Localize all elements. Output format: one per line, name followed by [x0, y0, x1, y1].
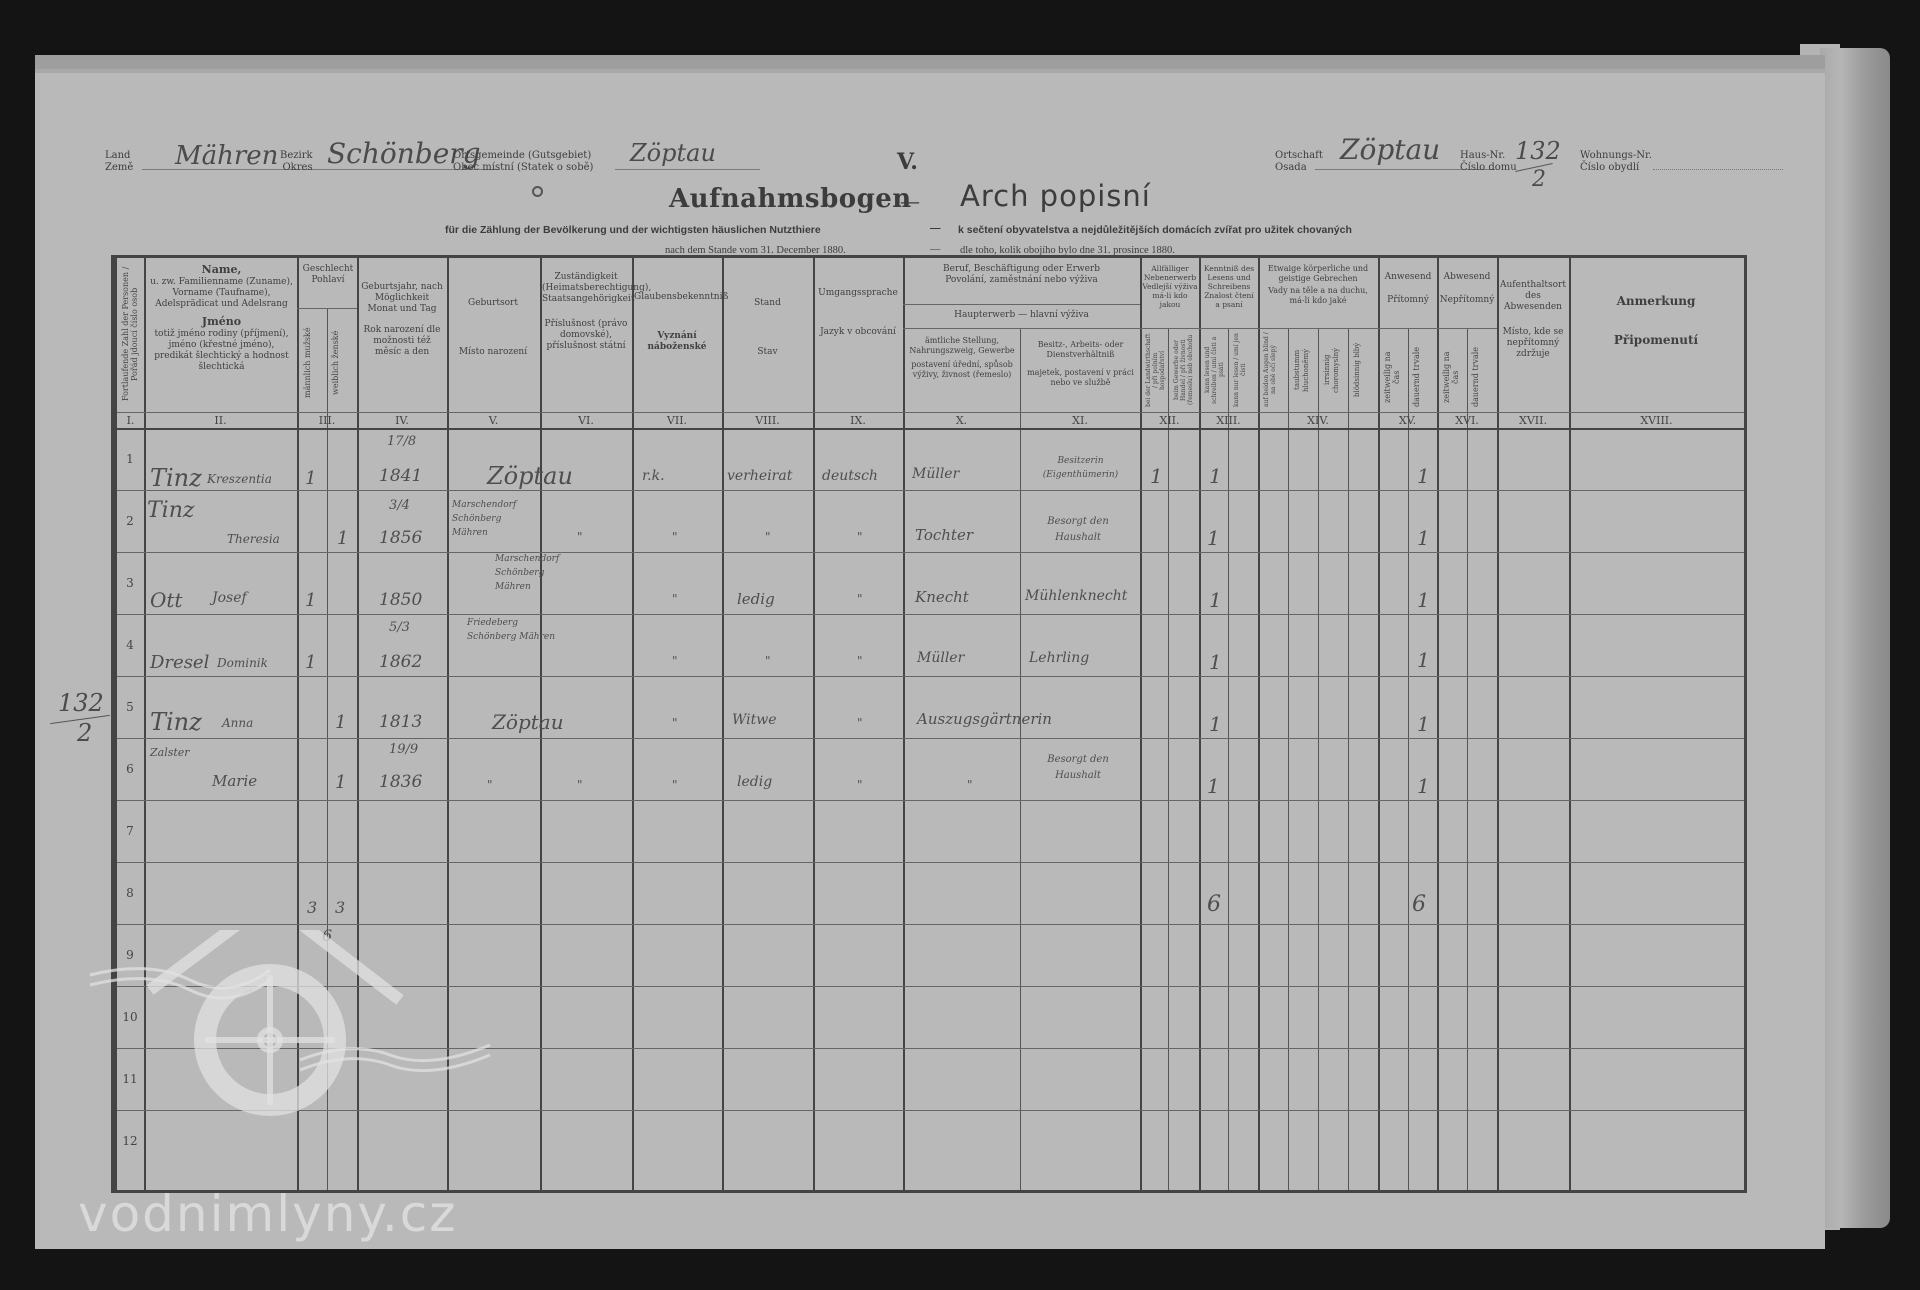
row6-xv: 1: [1417, 774, 1430, 798]
col-line: [1378, 258, 1380, 1190]
row2-language: ": [857, 530, 863, 544]
col-x-header: ämtliche Stellung, Nahrungszweig, Gewerb…: [905, 336, 1019, 380]
land-value: Mähren: [175, 141, 278, 171]
row2-position: Besorgt den Haushalt: [1023, 514, 1133, 546]
row6-position: Besorgt den Haushalt: [1023, 752, 1133, 784]
row1-xv: 1: [1417, 464, 1430, 488]
title-czech: Arch popisní: [960, 179, 1151, 213]
row1-birthplace: Zöptau: [487, 462, 573, 490]
col-xiii-header: Kenntniß des Lesens und SchreibensZnalos…: [1201, 264, 1257, 309]
land-label: LandZemě: [105, 150, 133, 174]
header-line: [117, 412, 1744, 413]
watermark-mill-icon: [70, 930, 530, 1160]
row6-birthplace: ": [487, 778, 493, 792]
col-xv-sub1: zeitweilig na čas: [1383, 346, 1405, 408]
row2-occupation: Tochter: [915, 526, 973, 544]
title-german: Aufnahmsbogen: [669, 184, 912, 214]
col-xvii-header: Aufenthaltsort des AbwesendenMísto, kde …: [1499, 280, 1567, 360]
row1-xiii: 1: [1209, 464, 1222, 488]
margin-note-top: 132: [58, 689, 104, 717]
col-line: [1497, 258, 1499, 1190]
haus-value: 132: [1515, 137, 1561, 165]
col-x-xi-group-header: Beruf, Beschäftigung oder ErwerbPovolání…: [905, 264, 1138, 286]
col-line: [1258, 258, 1260, 1190]
col-iv-header: Geburtsjahr, nach Möglichkeit Monat und …: [359, 282, 445, 358]
row3-occupation: Knecht: [915, 588, 969, 606]
row2-birthplace: Marschendorf Schönberg Mähren: [452, 498, 532, 540]
row4-status: ": [765, 654, 771, 668]
subtitle-german: für die Zählung der Bevölkerung und der …: [445, 224, 821, 236]
row6-year: 1836: [379, 772, 422, 792]
row5-status: Witwe: [732, 712, 777, 728]
row-number: 1: [115, 452, 145, 466]
row2-status: ": [765, 530, 771, 544]
header-line: [1140, 328, 1497, 329]
wohnung-line: [1653, 169, 1783, 170]
col-xi-header: Besitz-, Arbeits- oder Dienstverhältnißm…: [1022, 340, 1139, 388]
row2-domicile: ": [577, 530, 583, 544]
page-stack-right: [1820, 48, 1890, 1228]
row1-religion: r.k.: [642, 468, 665, 484]
col-xv-numeral: XV.: [1378, 414, 1437, 427]
col-ii-numeral: II.: [144, 414, 297, 427]
margin-note-bottom: 2: [77, 719, 92, 747]
row3-position: Mühlenknecht: [1025, 588, 1127, 604]
col-line: [813, 258, 815, 1190]
row3-male: 1: [305, 590, 316, 611]
row2-xv: 1: [1417, 526, 1430, 550]
subtitle-czech: k sečtení obyvatelstva a nejdůležitějšíc…: [958, 224, 1352, 236]
subtitle-dash: —: [930, 222, 941, 234]
col-line: [1408, 328, 1409, 1190]
title-separator: —: [900, 189, 920, 213]
row3-language: ": [857, 592, 863, 606]
col-v-numeral: V.: [447, 414, 540, 427]
col-xii-sub1: bei der Landwirthschaft / při polním hos…: [1145, 332, 1165, 408]
row6-status: ledig: [737, 774, 772, 790]
punch-hole-mark: [532, 186, 543, 197]
total-male: 3: [307, 898, 317, 917]
col-xv-header: AnwesendPřítomný: [1380, 272, 1436, 306]
col-vi-header: Zuständigkeit (Heimatsberechtigung), Sta…: [542, 272, 630, 352]
wohnung-label: Wohnungs-Nr.Číslo obydlí: [1580, 150, 1652, 174]
row-line: [117, 862, 1744, 863]
row-number: 4: [115, 638, 145, 652]
row3-religion: ": [672, 592, 678, 606]
col-xiv-numeral: XIV.: [1258, 414, 1378, 427]
col-line: [632, 258, 634, 1190]
row5-surname: Tinz: [150, 708, 202, 736]
col-xviii-numeral: XVIII.: [1569, 414, 1744, 427]
row1-date: 17/8: [387, 434, 416, 449]
col-x-numeral: X.: [903, 414, 1020, 427]
header-line: [297, 308, 357, 309]
col-viii-header: StandStav: [724, 298, 811, 358]
row1-male: 1: [305, 468, 316, 489]
col-vii-numeral: VII.: [632, 414, 722, 427]
row4-surname: Dresel: [150, 652, 209, 673]
row3-xv: 1: [1417, 588, 1430, 612]
gemeinde-label: Ortsgemeinde (Gutsgebiet)Obec místní (St…: [453, 150, 593, 174]
bezirk-label: BezirkOkres: [280, 150, 313, 174]
row3-xiii: 1: [1209, 588, 1222, 612]
gemeinde-value: Zöptau: [630, 139, 716, 167]
row3-year: 1850: [379, 590, 422, 610]
col-i-numeral: I.: [117, 414, 144, 427]
col-xviii-header: AnmerkungPřipomenutí: [1571, 296, 1741, 346]
col-iii-female-header: weiblich ženské: [331, 318, 351, 408]
col-line: [1318, 328, 1319, 1190]
ortschaft-value: Zöptau: [1340, 133, 1440, 166]
col-xvi-numeral: XVI.: [1437, 414, 1497, 427]
col-ix-header: UmgangsspracheJazyk v obcování: [815, 288, 901, 338]
row-number: 5: [115, 700, 145, 714]
haus-label: Haus-Nr.Číslo domu: [1460, 150, 1517, 174]
row4-xv: 1: [1417, 648, 1430, 672]
row-line: [117, 614, 1744, 615]
col-xv-sub2: dauernd trvale: [1412, 346, 1434, 408]
col-line: [1348, 328, 1349, 1190]
col-xii-header: Allfälliger NebenerwerbVedlejší výživa m…: [1142, 264, 1198, 309]
row5-occupation: Auszugsgärtnerin: [917, 710, 1052, 728]
col-xiv-sub2: taubstumm hluchoněmý: [1293, 332, 1315, 408]
col-iii-header: Geschlecht Pohlaví: [299, 264, 357, 286]
col-ix-numeral: IX.: [813, 414, 903, 427]
form-number: V.: [897, 149, 918, 175]
col-xvi-sub2: dauernd trvale: [1471, 346, 1493, 408]
haus-value-sub: 2: [1532, 167, 1546, 192]
row-line: [117, 552, 1744, 553]
row1-occupation: Müller: [912, 466, 959, 482]
row4-religion: ": [672, 654, 678, 668]
row3-birthplace: Marschendorf Schönberg Mähren: [495, 552, 580, 594]
total-female: 3: [335, 898, 345, 917]
col-vii-header: GlaubensbekenntnißVyznání náboženské: [634, 292, 720, 353]
row2-religion: ": [672, 530, 678, 544]
row4-birthplace: Friedeberg Schönberg Mähren: [467, 616, 557, 644]
row-line: [117, 924, 1744, 925]
col-line: [1569, 258, 1571, 1190]
col-xvii-numeral: XVII.: [1497, 414, 1569, 427]
row-line: [117, 490, 1744, 491]
col-xvi-header: AbwesendNepřítomný: [1439, 272, 1495, 306]
row4-given: Dominik: [217, 656, 268, 670]
col-i-header: Fortlaufende Zahl der Personen / Pořád j…: [121, 264, 143, 404]
row-line: [117, 676, 1744, 677]
row5-religion: ": [672, 716, 678, 730]
row3-status: ledig: [737, 590, 775, 608]
row1-language: deutsch: [822, 468, 878, 484]
col-v-header: GeburtsortMísto narození: [449, 298, 537, 358]
total-present: 6: [1412, 892, 1426, 917]
row6-given: Marie: [212, 772, 257, 790]
row5-language: ": [857, 716, 863, 730]
date-dash: —: [930, 244, 941, 255]
row5-xiii: 1: [1209, 712, 1222, 736]
row4-male: 1: [305, 652, 316, 673]
row1-xii: 1: [1150, 464, 1163, 488]
total-literacy: 6: [1207, 892, 1221, 917]
header-line: [903, 304, 1140, 305]
row-number: 6: [115, 762, 145, 776]
col-line: [1467, 328, 1468, 1190]
row6-occupation: ": [967, 778, 973, 792]
row1-position: Besitzerin (Eigenthümerin): [1023, 454, 1138, 482]
row5-given: Anna: [222, 716, 253, 730]
row4-occupation: Müller: [917, 650, 964, 666]
row5-female: 1: [335, 712, 346, 733]
row4-xiii: 1: [1209, 650, 1222, 674]
col-xiv-header: Etwaige körperliche und geistige Gebrech…: [1260, 264, 1376, 306]
row4-date: 5/3: [389, 620, 410, 635]
row1-year: 1841: [379, 466, 422, 486]
col-ii-header: Name,u. zw. Familienname (Zuname), Vorna…: [149, 264, 294, 373]
row3-given: Josef: [212, 590, 247, 606]
row5-birthplace: Zöptau: [492, 710, 564, 734]
col-viii-numeral: VIII.: [722, 414, 813, 427]
row1-surname: Tinz: [150, 464, 202, 492]
row5-xv: 1: [1417, 712, 1430, 736]
col-line: [1437, 258, 1439, 1190]
row2-year: 1856: [379, 528, 422, 548]
row1-given: Kreszentia: [207, 472, 272, 486]
row2-female: 1: [337, 528, 348, 549]
col-xiv-sub3: irrsinnig choromyslný: [1323, 332, 1345, 408]
row-line: [117, 738, 1744, 739]
header-body-divider: [117, 428, 1744, 430]
col-line: [1228, 328, 1229, 1190]
row5-year: 1813: [379, 712, 422, 732]
row6-language: ": [857, 778, 863, 792]
row6-religion: ": [672, 778, 678, 792]
col-xiii-sub2: kann nur lesen / umí jen čísti: [1233, 332, 1253, 408]
col-line: [903, 258, 905, 1190]
col-x-xi-subheader: Haupterwerb — hlavní výživa: [905, 310, 1138, 321]
col-xiii-sub1: kann lesen und schreiben / umí čísti a p…: [1204, 332, 1224, 408]
col-xiii-numeral: XIII.: [1199, 414, 1258, 427]
row2-xiii: 1: [1207, 526, 1220, 550]
row2-given: Theresia: [227, 532, 280, 546]
col-xiv-sub1: auf beiden Augen blind / na obě oči slep…: [1263, 332, 1285, 408]
ortschaft-label: OrtschaftOsada: [1275, 150, 1323, 174]
row4-position: Lehrling: [1029, 650, 1089, 666]
row-number: 3: [115, 576, 145, 590]
header-line: [903, 328, 1140, 329]
col-xvi-sub1: zeitweilig na čas: [1442, 346, 1464, 408]
col-xii-numeral: XII.: [1140, 414, 1199, 427]
row4-year: 1862: [379, 652, 422, 672]
col-xiv-sub4: blödsinnig blbý: [1353, 332, 1375, 408]
watermark-text: vodnimlyny.cz: [78, 1185, 457, 1243]
col-xii-sub2: beim Gewerbe oder Handel / při živnosti …: [1173, 332, 1195, 408]
row-number: 8: [115, 886, 145, 900]
col-line: [1140, 258, 1142, 1190]
col-line: [1288, 328, 1289, 1190]
row6-domicile: ": [577, 778, 583, 792]
col-line: [722, 258, 724, 1190]
col-xi-numeral: XI.: [1020, 414, 1140, 427]
row1-status: verheirat: [727, 468, 792, 484]
row6-date: 19/9: [389, 742, 418, 757]
row4-language: ": [857, 654, 863, 668]
col-vi-numeral: VI.: [540, 414, 632, 427]
col-line: [1168, 328, 1169, 1190]
col-line: [1199, 258, 1201, 1190]
row-number: 2: [115, 514, 145, 528]
row6-xiii: 1: [1207, 774, 1220, 798]
col-line: [1020, 328, 1021, 1190]
row3-surname: Ott: [150, 588, 182, 612]
gemeinde-line: [615, 169, 760, 170]
row6-female: 1: [335, 772, 346, 793]
col-iii-male-header: männlich mužské: [303, 318, 323, 408]
col-iii-numeral: III.: [297, 414, 357, 427]
row2-date: 3/4: [389, 498, 410, 513]
row-line: [117, 800, 1744, 801]
row2-surname: Tinz: [147, 498, 194, 523]
col-iv-numeral: IV.: [357, 414, 447, 427]
row6-surname: Zalster: [150, 746, 190, 759]
row-number: 7: [115, 824, 145, 838]
